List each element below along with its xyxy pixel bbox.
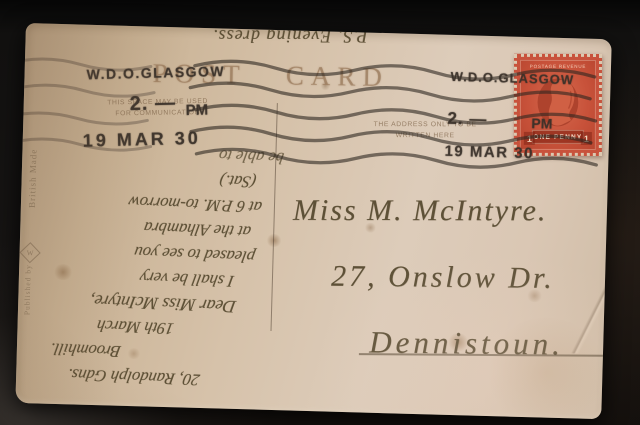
postmark-right-date: 19 MAR 30: [444, 143, 534, 162]
postmark-left-meridiem: PM: [185, 102, 208, 120]
postmark-left-office: W.D.O.GLASGOW: [86, 63, 225, 82]
postmark-left-time: 2. —: [130, 92, 177, 116]
message-line: Broomhill.: [15, 335, 122, 364]
postcard: POST CARD THIS SPACE MAY BE USED FOR COM…: [15, 23, 611, 419]
postmark-right-meridiem: PM: [531, 115, 552, 132]
address-street: 27, Onslow Dr.: [331, 260, 555, 296]
message-postscript: P.S. Evening dress.: [68, 25, 368, 47]
postmark-right-time: 2. —: [447, 109, 487, 130]
postmark-left-date: 19 MAR 30: [83, 128, 202, 152]
message-line: 20, Randolph Gdns.: [15, 360, 201, 392]
address-district: Dennistoun.: [369, 324, 564, 362]
photo-background: POST CARD THIS SPACE MAY BE USED FOR COM…: [0, 0, 640, 425]
